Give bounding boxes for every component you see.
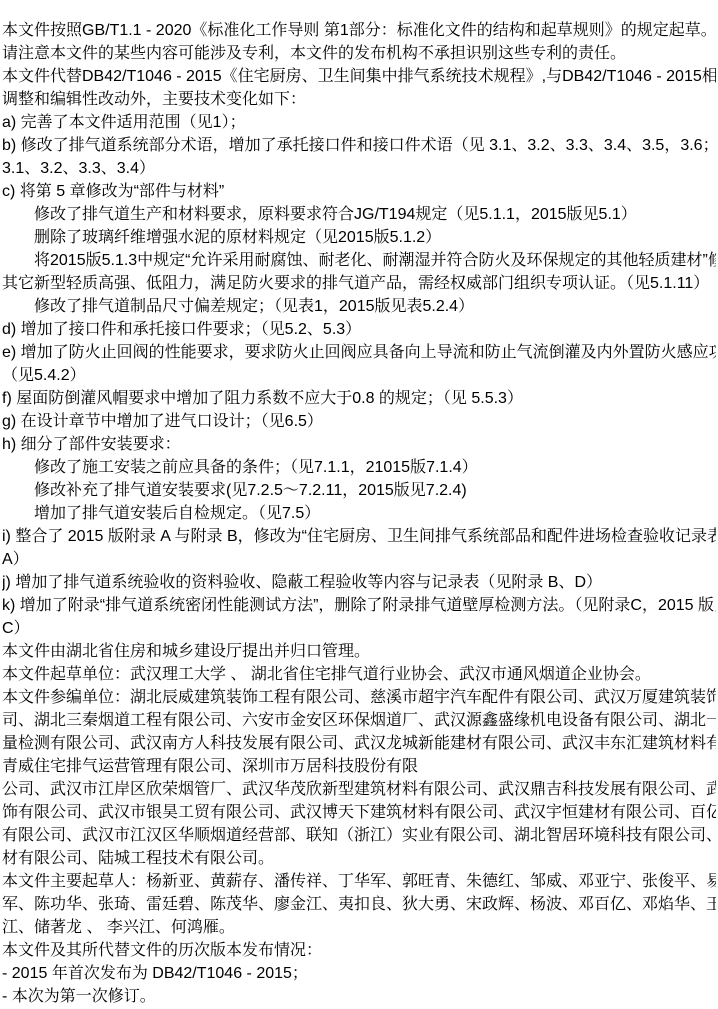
text-line: - 2015 年首次发布为 DB42/T1046 - 2015； <box>2 962 716 985</box>
text-line: a) 完善了本文件适用范围（见1）； <box>2 111 716 134</box>
text-line: 司、湖北三秦烟道工程有限公司、六安市金安区环保烟道厂、武汉源鑫盛缘机电设备有限公… <box>2 709 716 732</box>
text-line: 3.1、3.2、3.3、3.4） <box>2 157 716 180</box>
text-line: 修改了排气道生产和材料要求，原料要求符合JG/T194规定（见5.1.1，201… <box>2 203 716 226</box>
document-page: 本文件按照GB/T1.1 - 2020《标准化工作导则 第1部分：标准化文件的结… <box>0 0 718 1008</box>
text-line: 本文件主要起草人：杨新亚、黄薪存、潘传祥、丁华军、郭旺青、朱德红、邹威、邓亚宁、… <box>2 870 716 893</box>
text-line: 有限公司、武汉市江汉区华顺烟道经营部、联知（浙江）实业有限公司、湖北智居环境科技… <box>2 824 716 847</box>
text-line: d) 增加了接口件和承托接口件要求；（见5.2、5.3） <box>2 318 716 341</box>
text-line: 本文件由湖北省住房和城乡建设厅提出并归口管理。 <box>2 640 716 663</box>
text-line: f) 屋面防倒灌风帽要求中增加了阻力系数不应大于0.8 的规定；（见 5.5.3… <box>2 387 716 410</box>
text-line: 青威住宅排气运营管理有限公司、深圳市万居科技股份有限 <box>2 755 716 778</box>
text-line: 增加了排气道安装后自检规定。（见7.5） <box>2 502 716 525</box>
text-line: g) 在设计章节中增加了进气口设计；（见6.5） <box>2 410 716 433</box>
text-line: h) 细分了部件安装要求： <box>2 433 716 456</box>
text-line: 调整和编辑性改动外，主要技术变化如下： <box>2 88 716 111</box>
text-line: C） <box>2 617 716 640</box>
text-line: 饰有限公司、武汉市银昊工贸有限公司、武汉博天下建筑材料有限公司、武汉宇恒建材有限… <box>2 801 716 824</box>
text-line: 本文件参编单位：湖北辰威建筑装饰工程有限公司、慈溪市超宇汽车配件有限公司、武汉万… <box>2 686 716 709</box>
text-line: 修改了排气道制品尺寸偏差规定；（见表1，2015版见表5.2.4） <box>2 295 716 318</box>
text-line: 删除了玻璃纤维增强水泥的原材料规定（见2015版5.1.2） <box>2 226 716 249</box>
text-line: e) 增加了防火止回阀的性能要求，要求防火止回阀应具备向上导流和防止气流倒灌及内… <box>2 341 716 364</box>
text-line: j) 增加了排气道系统验收的资料验收、隐蔽工程验收等内容与记录表（见附录 B、D… <box>2 571 716 594</box>
text-line: 量检测有限公司、武汉南方人科技发展有限公司、武汉龙城新能建材有限公司、武汉丰东汇… <box>2 732 716 755</box>
text-line: - 本次为第一次修订。 <box>2 985 716 1008</box>
text-line: 修改补充了排气道安装要求(见7.2.5～7.2.11，2015版见7.2.4) <box>2 479 716 502</box>
text-line: c) 将第 5 章修改为“部件与材料” <box>2 180 716 203</box>
text-line: b) 修改了排气道系统部分术语，增加了承托接口件和接口件术语（见 3.1、3.2… <box>2 134 716 157</box>
text-line: 本文件按照GB/T1.1 - 2020《标准化工作导则 第1部分：标准化文件的结… <box>2 19 716 42</box>
text-line: 将2015版5.1.3中规定“允许采用耐腐蚀、耐老化、耐潮湿并符合防火及环保规定… <box>2 249 716 272</box>
text-line: 本文件代替DB42/T1046 - 2015《住宅厨房、卫生间集中排气系统技术规… <box>2 65 716 88</box>
text-line: 江、储著龙 、 李兴江、何鸿雁。 <box>2 916 716 939</box>
text-line: 请注意本文件的某些内容可能涉及专利，本文件的发布机构不承担识别这些专利的责任。 <box>2 42 716 65</box>
text-line: 材有限公司、陆城工程技术有限公司。 <box>2 847 716 870</box>
text-line: A） <box>2 548 716 571</box>
text-line: 修改了施工安装之前应具备的条件；（见7.1.1，21015版7.1.4） <box>2 456 716 479</box>
text-line: 军、陈功华、张琦、雷廷碧、陈茂华、廖金江、夷扣良、狄大勇、宋政辉、杨波、邓百亿、… <box>2 893 716 916</box>
text-line: 公司、武汉市江岸区欣荣烟管厂、武汉华茂欣新型建筑材料有限公司、武汉鼎吉科技发展有… <box>2 778 716 801</box>
text-line: k) 增加了附录“排气道系统密闭性能测试方法”，删除了附录排气道壁厚检测方法。（… <box>2 594 716 617</box>
text-line: 其它新型轻质高强、低阻力，满足防火要求的排气道产品，需经权威部门组织专项认证。（… <box>2 272 716 295</box>
text-line: i) 整合了 2015 版附录 A 与附录 B，修改为“住宅厨房、卫生间排气系统… <box>2 525 716 548</box>
text-line: （见5.4.2） <box>2 364 716 387</box>
text-line: 本文件及其所代替文件的历次版本发布情况： <box>2 939 716 962</box>
text-line: 本文件起草单位：武汉理工大学 、 湖北省住宅排气道行业协会、武汉市通风烟道企业协… <box>2 663 716 686</box>
